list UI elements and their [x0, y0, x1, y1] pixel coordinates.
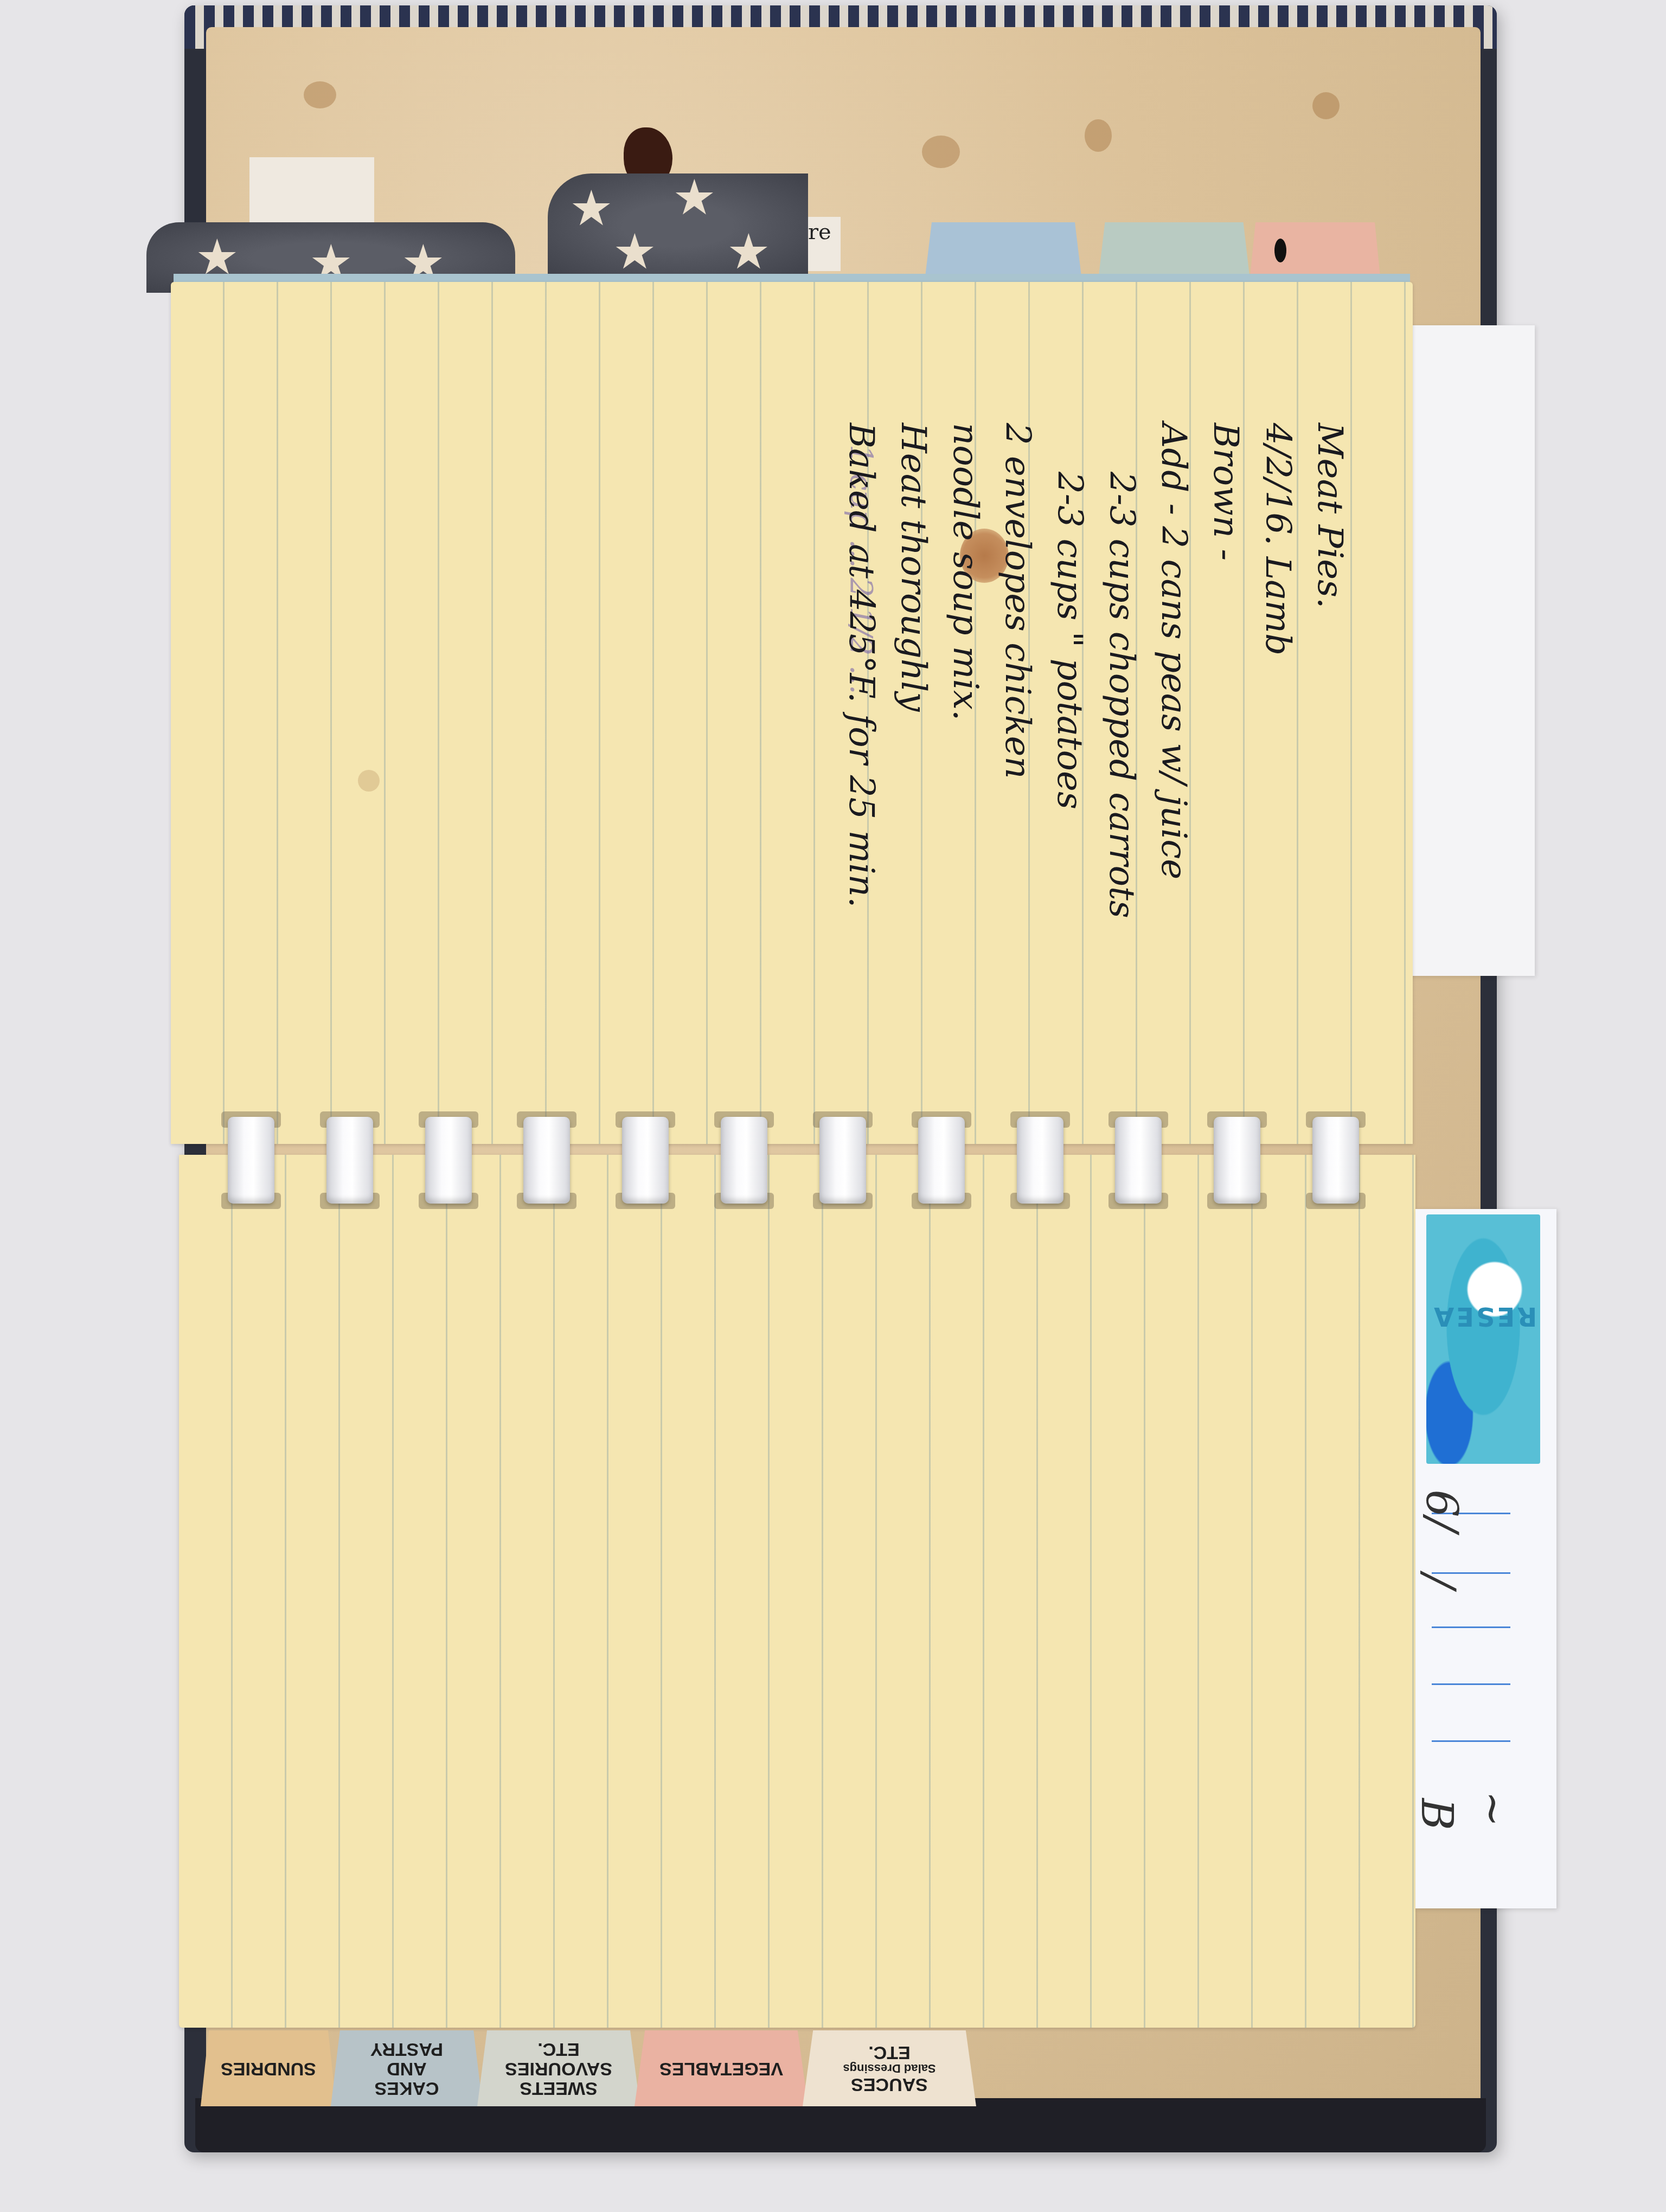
section-tab-vegetables[interactable]: VEGETABLES — [635, 2030, 808, 2106]
stain — [304, 81, 336, 108]
star-icon: ★ — [672, 173, 716, 222]
bottom-page — [179, 1155, 1415, 2028]
card-handwriting: B — [1412, 1798, 1462, 1830]
section-tab-sauces[interactable]: SAUCESSalad DressingsETC. — [803, 2030, 976, 2106]
section-tab-sundries[interactable]: SUNDRIES — [201, 2030, 336, 2106]
section-tabs: SUNDRIESCAKESANDPASTRYSWEETSSAVOURIESETC… — [201, 2030, 1003, 2112]
recipe-line: 4/2/16. Lamb — [1252, 423, 1304, 1128]
tab-label: ETC. — [537, 2039, 579, 2059]
star-pattern-paper: ★ ★ ★ ★ — [548, 173, 808, 276]
tab-label: CAKES — [374, 2078, 439, 2098]
stain — [922, 136, 960, 168]
recipe-line: Heat thoroughly — [887, 423, 939, 1128]
spiral-binding — [228, 1117, 1432, 1209]
binding-coil — [1115, 1117, 1162, 1204]
binding-coil — [523, 1117, 570, 1204]
tab-label: Salad Dressings — [843, 2062, 935, 2074]
binding-coil — [1017, 1117, 1063, 1204]
recipe-line: 2-3 cups " potatoes — [1043, 423, 1095, 1128]
recipe-line: noodle soup mix. — [939, 423, 991, 1128]
tab-label: SAVOURIES — [505, 2059, 612, 2078]
recipe-line: 2 envelopes chicken — [991, 423, 1043, 1128]
stain — [1312, 92, 1340, 119]
tab-label: SWEETS — [520, 2078, 598, 2098]
card-handwriting: ~ — [1468, 1791, 1518, 1827]
card-rule — [1432, 1740, 1510, 1742]
ink-spot — [1274, 239, 1286, 262]
section-tab-cakes[interactable]: CAKESANDPASTRY — [331, 2030, 483, 2106]
binding-coil — [1312, 1117, 1359, 1204]
binding-coil — [326, 1117, 373, 1204]
star-icon: ★ — [613, 228, 657, 276]
card-rule — [1432, 1683, 1510, 1685]
binding-coil — [721, 1117, 767, 1204]
tab-label: VEGETABLES — [659, 2059, 783, 2078]
tab-label: SAUCES — [851, 2075, 928, 2094]
tab-label: PASTRY — [370, 2039, 443, 2059]
section-tab-sweets[interactable]: SWEETSSAVOURIESETC. — [477, 2030, 640, 2106]
tab-label: AND — [387, 2059, 427, 2078]
newspaper-edge-text: re — [808, 217, 841, 271]
stain — [1085, 119, 1112, 152]
recipe-lines: 4/2/16. LambBrown -Add - 2 cans peas w/ … — [835, 423, 1304, 1128]
card-handwriting: / — [1414, 1574, 1464, 1589]
tab-label: ETC. — [868, 2043, 910, 2062]
stain — [358, 770, 380, 792]
binding-coil — [918, 1117, 965, 1204]
recipe-line: 2-3 cups chopped carrots — [1095, 423, 1148, 1128]
flower-illustration — [1426, 1214, 1540, 1464]
binding-coil — [228, 1117, 274, 1204]
star-icon: ★ — [569, 184, 613, 233]
card-handwriting: 6/ — [1417, 1490, 1467, 1532]
tab-label: SUNDRIES — [221, 2059, 316, 2078]
binding-coil — [819, 1117, 866, 1204]
recipe-title: Meat Pies. — [1304, 423, 1356, 1128]
loose-note-card[interactable] — [1394, 325, 1535, 976]
card-heading: RESEA — [1432, 1301, 1537, 1332]
recipe-line: Add - 2 cans peas w/ juice — [1148, 423, 1200, 1128]
handwritten-recipe: Meat Pies. 4/2/16. LambBrown -Add - 2 ca… — [824, 423, 1356, 1128]
card-rule — [1432, 1626, 1510, 1628]
binding-coil — [1214, 1117, 1260, 1204]
binding-coil — [425, 1117, 472, 1204]
star-icon: ★ — [727, 228, 771, 276]
recipe-line: Brown - — [1200, 423, 1252, 1128]
recipe-line: Baked at 425°F. for 25 min. — [835, 423, 887, 1128]
binding-coil — [622, 1117, 669, 1204]
